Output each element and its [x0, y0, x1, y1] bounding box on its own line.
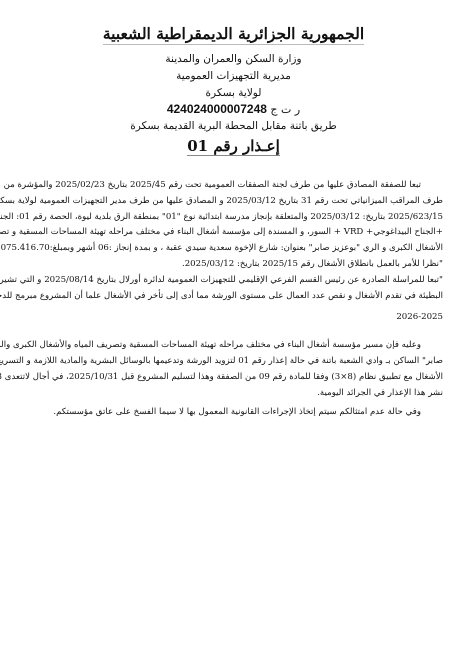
body-line: طرف المراقب الميزانياتي تحت رقم 31 بتاري…: [22, 194, 443, 210]
wilaya-line: لولاية بسكرة: [0, 87, 467, 99]
school-year: 2026-2025: [22, 310, 443, 326]
address-line: طريق باتنة مقابل المحطة البرية القديمة ب…: [0, 120, 467, 132]
body-line: الأشغال الكبرى و الري "بوعزيز صابر" بعنو…: [22, 241, 443, 257]
directorate-line: مديرية التجهيزات العمومية: [0, 70, 467, 82]
paragraph-warning: وفي حالة عدم امتثالكم سيتم إتخاذ الإجراء…: [22, 405, 443, 421]
paragraph-work-order: "نظرا للأمر بالعمل بانطلاق الأشغال رقم 2…: [22, 257, 443, 273]
notice-title-text: إعـذار رقم 01: [187, 137, 280, 156]
body-line: الأشغال مع تطبيق نظام (8×3) وفقا للمادة …: [22, 370, 443, 386]
body-line: 2025/623/15 بتاريخ: 2025/03/12 والمتعلقة…: [22, 210, 443, 226]
republic-title-text: الجمهورية الجزائرية الديمقراطية الشعبية: [103, 24, 364, 45]
tax-id-number: 424024000007248: [167, 102, 267, 116]
notice-document: الجمهورية الجزائرية الديمقراطية الشعبية …: [0, 0, 467, 660]
notice-title: إعـذار رقم 01: [0, 137, 467, 155]
tax-id-line: ر ت ج 424024000007248: [0, 102, 467, 116]
body-line: صابر" الساكن بـ وادي الشعبة باتنة في حال…: [22, 354, 443, 370]
paragraph-contract: تبعا للصفقة المصادق عليها من طرف لجنة ال…: [22, 178, 443, 257]
body-line: وعليه فإن مسير مؤسسة أشغال البناء في مخت…: [22, 338, 443, 354]
body-line: "نظرا للأمر بالعمل بانطلاق الأشغال رقم 2…: [22, 257, 443, 273]
body-line: البطيئة في تقدم الأشغال و نقص عدد العمال…: [22, 289, 443, 305]
body-line: وفي حالة عدم امتثالكم سيتم إتخاذ الإجراء…: [22, 405, 443, 421]
paragraph-correspondence: "تبعا للمراسلة الصادرة عن رئيس القسم الف…: [22, 273, 443, 326]
body-line: "تبعا للمراسلة الصادرة عن رئيس القسم الف…: [22, 273, 443, 289]
body-line: تبعا للصفقة المصادق عليها من طرف لجنة ال…: [22, 178, 443, 194]
paragraph-demand: وعليه فإن مسير مؤسسة أشغال البناء في مخت…: [22, 338, 443, 401]
body-line: +الجناح البيداغوجي+ VRD + السور، و المسن…: [22, 225, 443, 241]
ministry-line: وزارة السكن والعمران والمدينة: [0, 53, 467, 65]
notice-body: تبعا للصفقة المصادق عليها من طرف لجنة ال…: [22, 178, 443, 421]
tax-id-label: ر ت ج: [270, 103, 300, 116]
body-line: نشر هذا الإعذار في الجرائد اليومية.: [22, 386, 443, 402]
republic-title: الجمهورية الجزائرية الديمقراطية الشعبية: [0, 24, 467, 43]
